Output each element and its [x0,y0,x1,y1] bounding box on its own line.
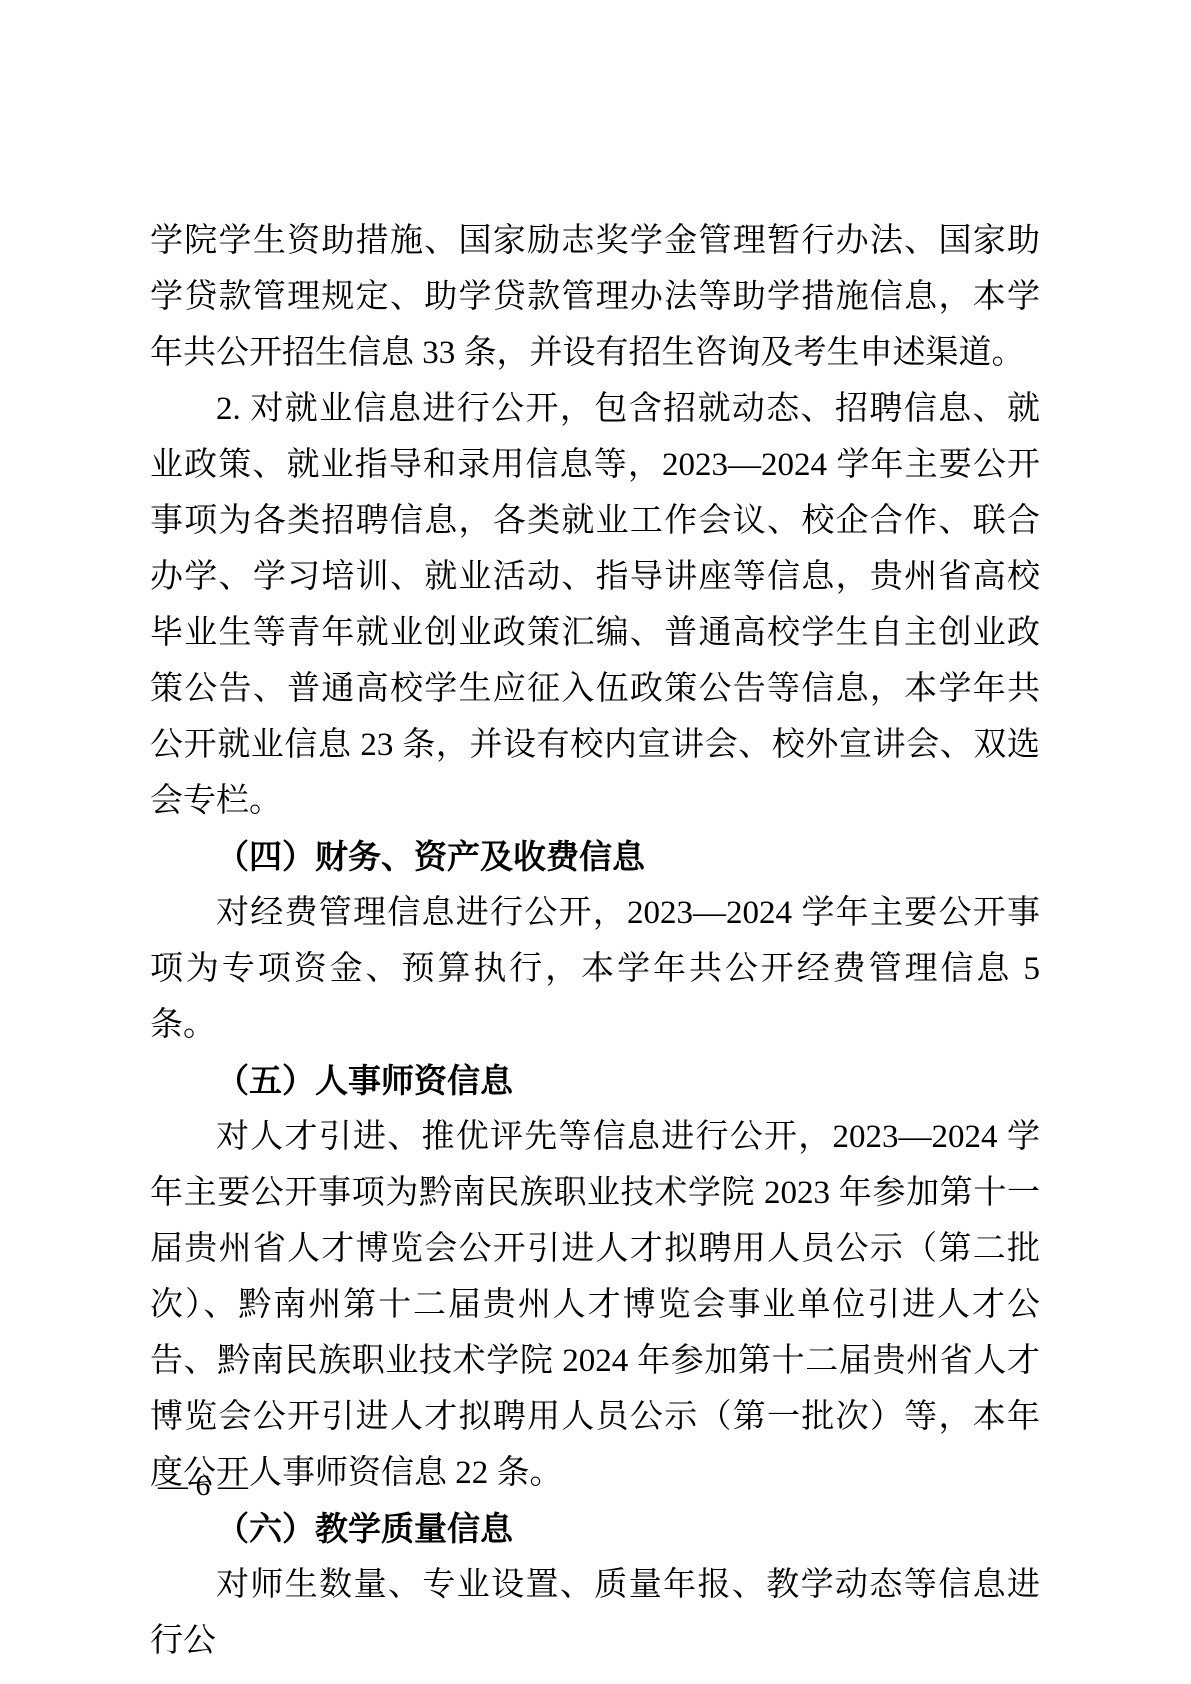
document-body: 学院学生资助措施、国家励志奖学金管理暂行办法、国家助学贷款管理规定、助学贷款管理… [150,213,1040,1669]
paragraph-hr-disclosure: 对人才引进、推优评先等信息进行公开，2023—2024 学年主要公开事项为黔南民… [150,1109,1040,1501]
heading-section-5-hr: （五）人事师资信息 [150,1053,1040,1109]
page-number: — 6 — [158,1466,248,1506]
heading-section-6-teaching-quality: （六）教学质量信息 [150,1501,1040,1557]
paragraph-finance-disclosure: 对经费管理信息进行公开，2023—2024 学年主要公开事项为专项资金、预算执行… [150,885,1040,1053]
document-page: 学院学生资助措施、国家励志奖学金管理暂行办法、国家助学贷款管理规定、助学贷款管理… [0,0,1191,1684]
paragraph-student-aid-continuation: 学院学生资助措施、国家励志奖学金管理暂行办法、国家助学贷款管理规定、助学贷款管理… [150,213,1040,381]
paragraph-employment-disclosure: 2. 对就业信息进行公开，包含招就动态、招聘信息、就业政策、就业指导和录用信息等… [150,381,1040,829]
heading-section-4-finance: （四）财务、资产及收费信息 [150,829,1040,885]
paragraph-teaching-quality-disclosure: 对师生数量、专业设置、质量年报、教学动态等信息进行公 [150,1557,1040,1669]
